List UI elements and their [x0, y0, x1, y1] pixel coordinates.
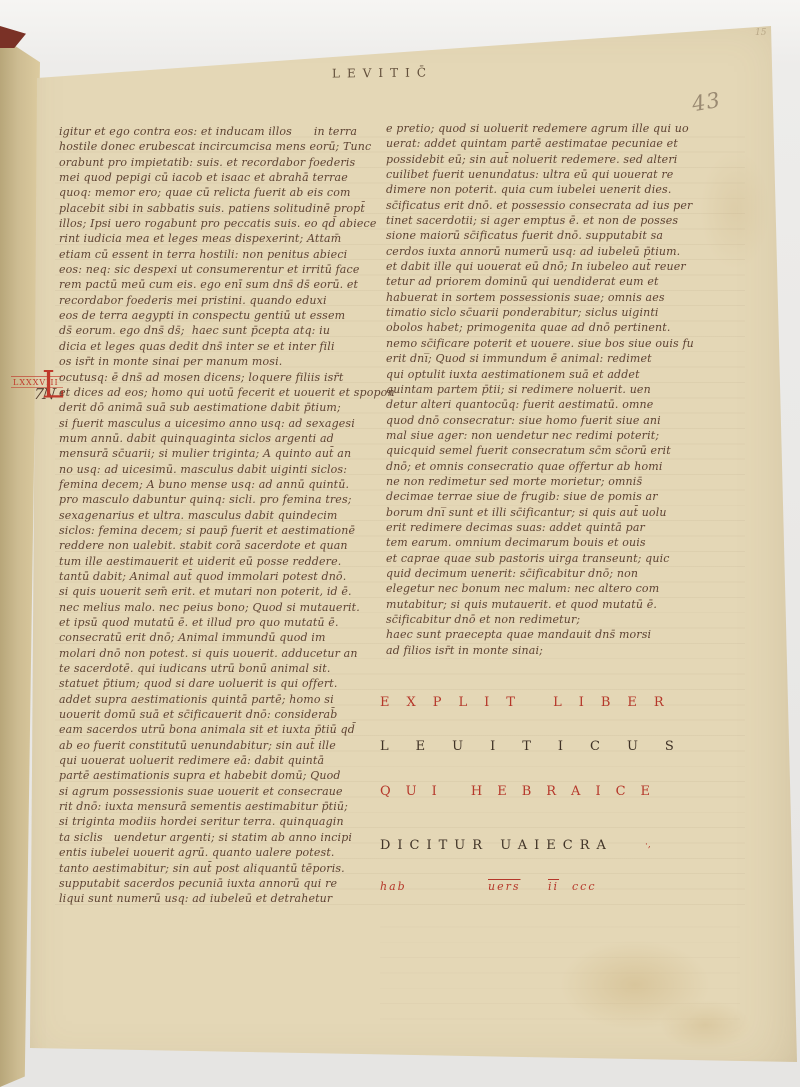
text-line: detur alteri quantocūq: fuerit aestimatū… — [386, 397, 734, 412]
text-line: si fuerit masculus a uicesimo anno usq: … — [59, 416, 393, 431]
text-line: sione maiorū sc̄ificatus fuerit dnō. sup… — [386, 228, 734, 243]
rubric-mark: ·, — [645, 840, 651, 850]
text-line: hostile donec erubescat incircumcisa men… — [59, 139, 393, 154]
text-line: sc̄ificabitur dnō et non redimetur; — [386, 612, 734, 627]
rubric-segment: ii — [548, 880, 559, 893]
text-line: derit dō animā suā sub aestimatione dabi… — [59, 400, 393, 415]
explicit-line-1: EXPLIT LIBER — [380, 695, 681, 710]
text-line: decimae terrae siue de frugib: siue de p… — [386, 489, 734, 504]
text-line: quoq: memor ero; quae cū relicta fuerit … — [59, 185, 393, 200]
text-line: mei quod pepigi cū iacob et isaac et abr… — [59, 170, 393, 185]
text-line: placebit sibi in sabbatis suis. patiens … — [59, 201, 393, 216]
text-line: ad filios isr̄t in monte sinai; — [386, 643, 734, 658]
text-line: elegetur nec bonum nec malum: nec altero… — [386, 581, 734, 596]
text-line: borum dni̅ sunt et illi sc̄ificantur; si… — [386, 505, 734, 520]
text-line: eam sacerdos utrū bona animala sit et iu… — [59, 722, 393, 737]
binding-edge — [0, 26, 26, 48]
text-line: supputabit sacerdos pecuniā iuxta annorū… — [59, 876, 393, 891]
explicit-line-3: QUI HEBRAICE — [380, 784, 665, 799]
text-line: sexagenarius et ultra. masculus dabit qu… — [59, 508, 393, 523]
text-line: sc̄ificatus erit dnō. et possessio conse… — [386, 198, 734, 213]
text-line: tum ille aestimauerit et uiderit eū poss… — [59, 554, 393, 569]
text-line: partē aestimationis supra et habebit dom… — [59, 768, 393, 783]
text-line: tem earum. omnium decimarum bouis et oui… — [386, 535, 734, 550]
text-line: ta siclis uendetur argenti; si statim ab… — [59, 830, 393, 845]
text-line: haec sunt praecepta quae mandauit dns̄ m… — [386, 627, 734, 642]
text-line: quod dnō consecratur: siue homo fuerit s… — [386, 413, 734, 428]
text-line: pro masculo dabuntur quinq: sicli. pro f… — [59, 492, 393, 507]
text-line: mum annū. dabit quinquaginta siclos arge… — [59, 431, 393, 446]
text-line: nec melius malo. nec peius bono; Quod si… — [59, 600, 393, 615]
text-line: et caprae quae sub pastoris uirga transe… — [386, 551, 734, 566]
text-line: mensurā sc̄uarii; si mulier triginta; A … — [59, 446, 393, 461]
text-column-left: igitur et ego contra eos: et inducam ill… — [59, 124, 393, 907]
text-line: cerdos iuxta annorū numerū usq: ad iubel… — [386, 244, 734, 259]
text-line: tinet sacerdotii; si ager emptus ē. et n… — [386, 213, 734, 228]
text-line: recordabor foederis mei pristini. quando… — [59, 293, 393, 308]
rubric-segment: uers — [488, 880, 521, 893]
text-line: dnō; et omnis consecratio quae offertur … — [386, 459, 734, 474]
text-line: e pretio; quod si uoluerit redemere agru… — [386, 121, 734, 136]
text-line: no usq: ad uicesimū. masculus dabit uigi… — [59, 462, 393, 477]
explicit-line-4: DICITUR UAIECRA — [380, 838, 613, 853]
text-line: te sacerdotē. qui iudicans utrū bonū ani… — [59, 661, 393, 676]
text-line: uouerit domū suā et sc̄ificauerit dnō: c… — [59, 707, 393, 722]
text-line: dimere non poterit. quia cum iubelei uen… — [386, 182, 734, 197]
text-line: mutabitur; si quis mutauerit. et quod mu… — [386, 597, 734, 612]
text-line: obolos habet; primogenita quae ad dnō pe… — [386, 320, 734, 335]
text-line: ds̄ eorum. ego dns̄ ds̄; haec sunt p̄cep… — [59, 323, 393, 338]
text-line: rint iudicia mea et leges meas dispexeri… — [59, 231, 393, 246]
text-line: rem pactū meū cum eis. ego enī sum dns̄ … — [59, 277, 393, 292]
text-line: et dices ad eos; homo qui uotū fecerit e… — [59, 385, 393, 400]
text-line: cuilibet fuerit uenundatus: ultra eū qui… — [386, 167, 734, 182]
text-line: et dabit ille qui uouerat eū dnō; In iub… — [386, 259, 734, 274]
text-line: ocutusq: ē dns̄ ad mosen dicens; loquere… — [59, 370, 393, 385]
text-line: rit dnō: iuxta mensurā sementis aestimab… — [59, 799, 393, 814]
text-line: mal siue ager: non uendetur nec redimi p… — [386, 428, 734, 443]
text-column-right: e pretio; quod si uoluerit redemere agru… — [386, 121, 734, 658]
text-line: qui uouerat uoluerit redimere eā: dabit … — [59, 753, 393, 768]
text-line: femina decem; A buno mense usq: ad annū … — [59, 477, 393, 492]
corner-mark: 15 — [755, 28, 766, 38]
text-line: erit dni̅; Quod si immundum ē animal: re… — [386, 351, 734, 366]
text-line: possidebit eū; sin aut̄ noluerit redemer… — [386, 152, 734, 167]
text-line: molari dnō non potest. si quis uouerit. … — [59, 646, 393, 661]
text-line: timatio siclo sc̄uarii ponderabitur; sic… — [386, 305, 734, 320]
text-line: si agrum possessionis suae uouerit et co… — [59, 784, 393, 799]
text-line: qui optulit iuxta aestimationem suā et a… — [386, 367, 734, 382]
text-line: etiam cū essent in terra hostili: non pe… — [59, 247, 393, 262]
text-line: liqui sunt numerū usq: ad iubeleū et det… — [59, 891, 393, 906]
text-line: si quis uouerit sem̄ erit. et mutari non… — [59, 584, 393, 599]
text-line: habuerat in sortem possessionis suae; om… — [386, 290, 734, 305]
running-title: LEVITIC̄ — [332, 65, 433, 80]
text-line: quicquid semel fuerit consecratum sc̄m s… — [386, 443, 734, 458]
text-line: uerat: addet quintam partē aestimatae pe… — [386, 136, 734, 151]
text-line: statuet p̄tium; quod si dare uoluerit is… — [59, 676, 393, 691]
text-line: illos; Ipsi uero rogabunt pro peccatis s… — [59, 216, 393, 231]
text-line: erit redimere decimas suas: addet quintā… — [386, 520, 734, 535]
text-line: dicia et leges quas dedit dns̄ inter se … — [59, 339, 393, 354]
text-line: orabunt pro impietatib: suis. et recorda… — [59, 155, 393, 170]
rubric-segment: hab — [380, 880, 407, 893]
text-line: et ipsū quod mutatū ē. et illud pro quo … — [59, 615, 393, 630]
rubric-segment: ccc — [572, 880, 596, 893]
text-line: tantū dabit; Animal aut̄ quod immolari p… — [59, 569, 393, 584]
text-line: siclos: femina decem; si paup̄ fuerit et… — [59, 523, 393, 538]
text-line: os isr̄t in monte sinai per manum mosi. — [59, 354, 393, 369]
text-line: igitur et ego contra eos: et inducam ill… — [59, 124, 393, 139]
explicit-line-2: LEUITICUS — [380, 739, 701, 754]
folio-number: 43 — [690, 88, 722, 117]
text-line: entis iubelei uouerit agrū. quanto ualer… — [59, 845, 393, 860]
text-line: reddere non ualebit. stabit corā sacerdo… — [59, 538, 393, 553]
text-line: si triginta modiis hordei seritur terra.… — [59, 814, 393, 829]
text-line: nemo sc̄ificare poterit et uouere. siue … — [386, 336, 734, 351]
text-line: ne non redimetur sed morte morietur; omn… — [386, 474, 734, 489]
text-line: quintam partem p̄tii; si redimere noluer… — [386, 382, 734, 397]
text-line: tanto aestimabitur; sin aut̄ post aliqua… — [59, 861, 393, 876]
text-line: addet supra aestimationis quintā partē; … — [59, 692, 393, 707]
text-line: quid decimum uenerit: sc̄ificabitur dnō;… — [386, 566, 734, 581]
text-line: consecratū erit dnō; Animal immundū quod… — [59, 630, 393, 645]
text-line: eos: neq: sic despexi ut consumerentur e… — [59, 262, 393, 277]
text-line: eos de terra aegypti in conspectu gentiū… — [59, 308, 393, 323]
text-line: tetur ad priorem dominū qui uendiderat e… — [386, 274, 734, 289]
text-line: ab eo fuerit constitutū uenundabitur; si… — [59, 738, 393, 753]
manuscript-photo: LEVITIC̄ 43 15 LXXXVIII 7N L igitur et e… — [0, 0, 800, 1087]
